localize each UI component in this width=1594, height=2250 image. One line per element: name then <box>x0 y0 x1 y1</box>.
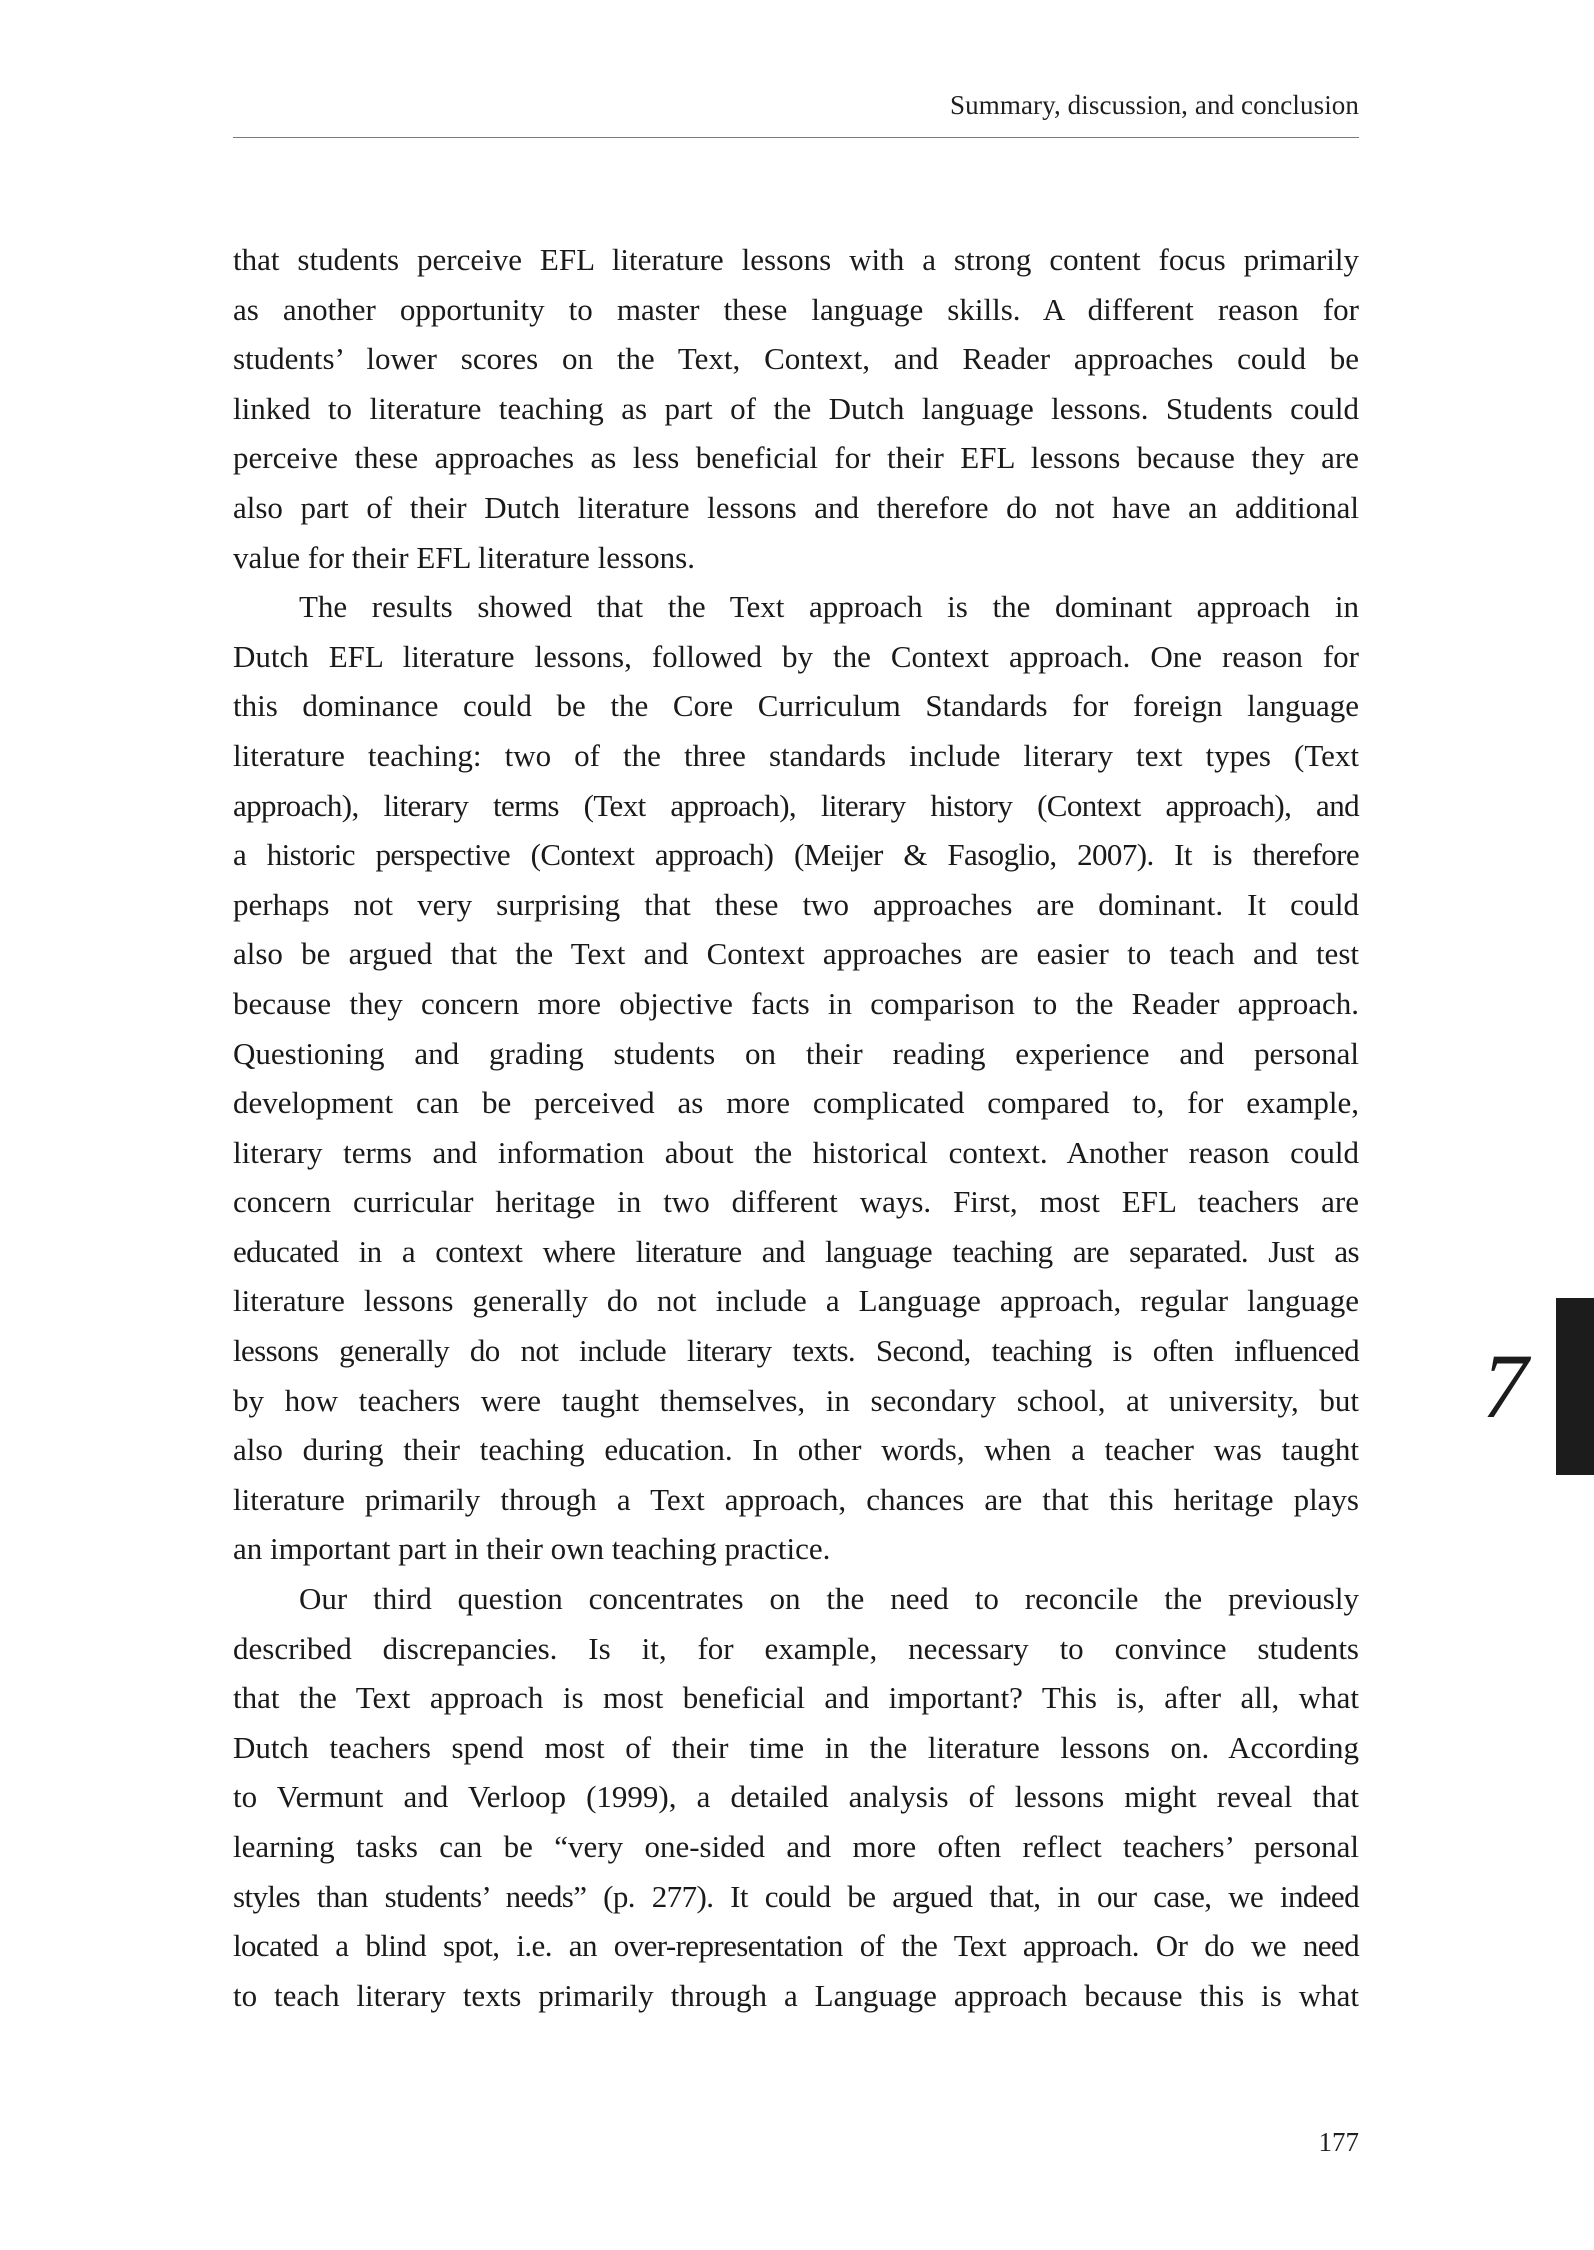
chapter-thumb-tab <box>1556 1298 1594 1475</box>
text-line: also during their teaching education. In… <box>233 1425 1359 1475</box>
text-line: located a blind spot, i.e. an over-repre… <box>233 1921 1359 1971</box>
paragraph-1: that students perceive EFL literature le… <box>233 235 1359 582</box>
running-head: Summary, discussion, and conclusion <box>233 90 1359 121</box>
text-line: also be argued that the Text and Context… <box>233 929 1359 979</box>
text-line: a historic perspective (Context approach… <box>233 830 1359 880</box>
text-line: to Vermunt and Verloop (1999), a detaile… <box>233 1772 1359 1822</box>
text-line: linked to literature teaching as part of… <box>233 384 1359 434</box>
chapter-number: 7 <box>1482 1340 1528 1432</box>
text-line: this dominance could be the Core Curricu… <box>233 681 1359 731</box>
text-line: value for their EFL literature lessons. <box>233 533 1359 583</box>
text-line: also part of their Dutch literature less… <box>233 483 1359 533</box>
paragraph-2: The results showed that the Text approac… <box>233 582 1359 1574</box>
text-line: Questioning and grading students on thei… <box>233 1029 1359 1079</box>
text-line: literary terms and information about the… <box>233 1128 1359 1178</box>
text-line: Dutch EFL literature lessons, followed b… <box>233 632 1359 682</box>
text-line: that students perceive EFL literature le… <box>233 235 1359 285</box>
text-line: learning tasks can be “very one-sided an… <box>233 1822 1359 1872</box>
text-line: approach), literary terms (Text approach… <box>233 781 1359 831</box>
page-number: 177 <box>1300 2127 1359 2158</box>
text-line: concern curricular heritage in two diffe… <box>233 1177 1359 1227</box>
text-line: styles than students’ needs” (p. 277). I… <box>233 1872 1359 1922</box>
paragraph-3: Our third question concentrates on the n… <box>233 1574 1359 2020</box>
text-line: described discrepancies. Is it, for exam… <box>233 1624 1359 1674</box>
text-line: The results showed that the Text approac… <box>233 582 1359 632</box>
text-line: perceive these approaches as less benefi… <box>233 433 1359 483</box>
text-line: an important part in their own teaching … <box>233 1524 1359 1574</box>
text-line: literature lessons generally do not incl… <box>233 1276 1359 1326</box>
text-line: perhaps not very surprising that these t… <box>233 880 1359 930</box>
body-text: that students perceive EFL literature le… <box>233 235 1359 2020</box>
text-line: Our third question concentrates on the n… <box>233 1574 1359 1624</box>
text-line: lessons generally do not include literar… <box>233 1326 1359 1376</box>
text-line: development can be perceived as more com… <box>233 1078 1359 1128</box>
text-line: students’ lower scores on the Text, Cont… <box>233 334 1359 384</box>
text-line: educated in a context where literature a… <box>233 1227 1359 1277</box>
text-line: that the Text approach is most beneficia… <box>233 1673 1359 1723</box>
text-line: because they concern more objective fact… <box>233 979 1359 1029</box>
header-rule <box>233 137 1359 138</box>
text-line: literature teaching: two of the three st… <box>233 731 1359 781</box>
text-line: Dutch teachers spend most of their time … <box>233 1723 1359 1773</box>
text-line: to teach literary texts primarily throug… <box>233 1971 1359 2021</box>
text-line: by how teachers were taught themselves, … <box>233 1376 1359 1426</box>
text-line: as another opportunity to master these l… <box>233 285 1359 335</box>
text-line: literature primarily through a Text appr… <box>233 1475 1359 1525</box>
